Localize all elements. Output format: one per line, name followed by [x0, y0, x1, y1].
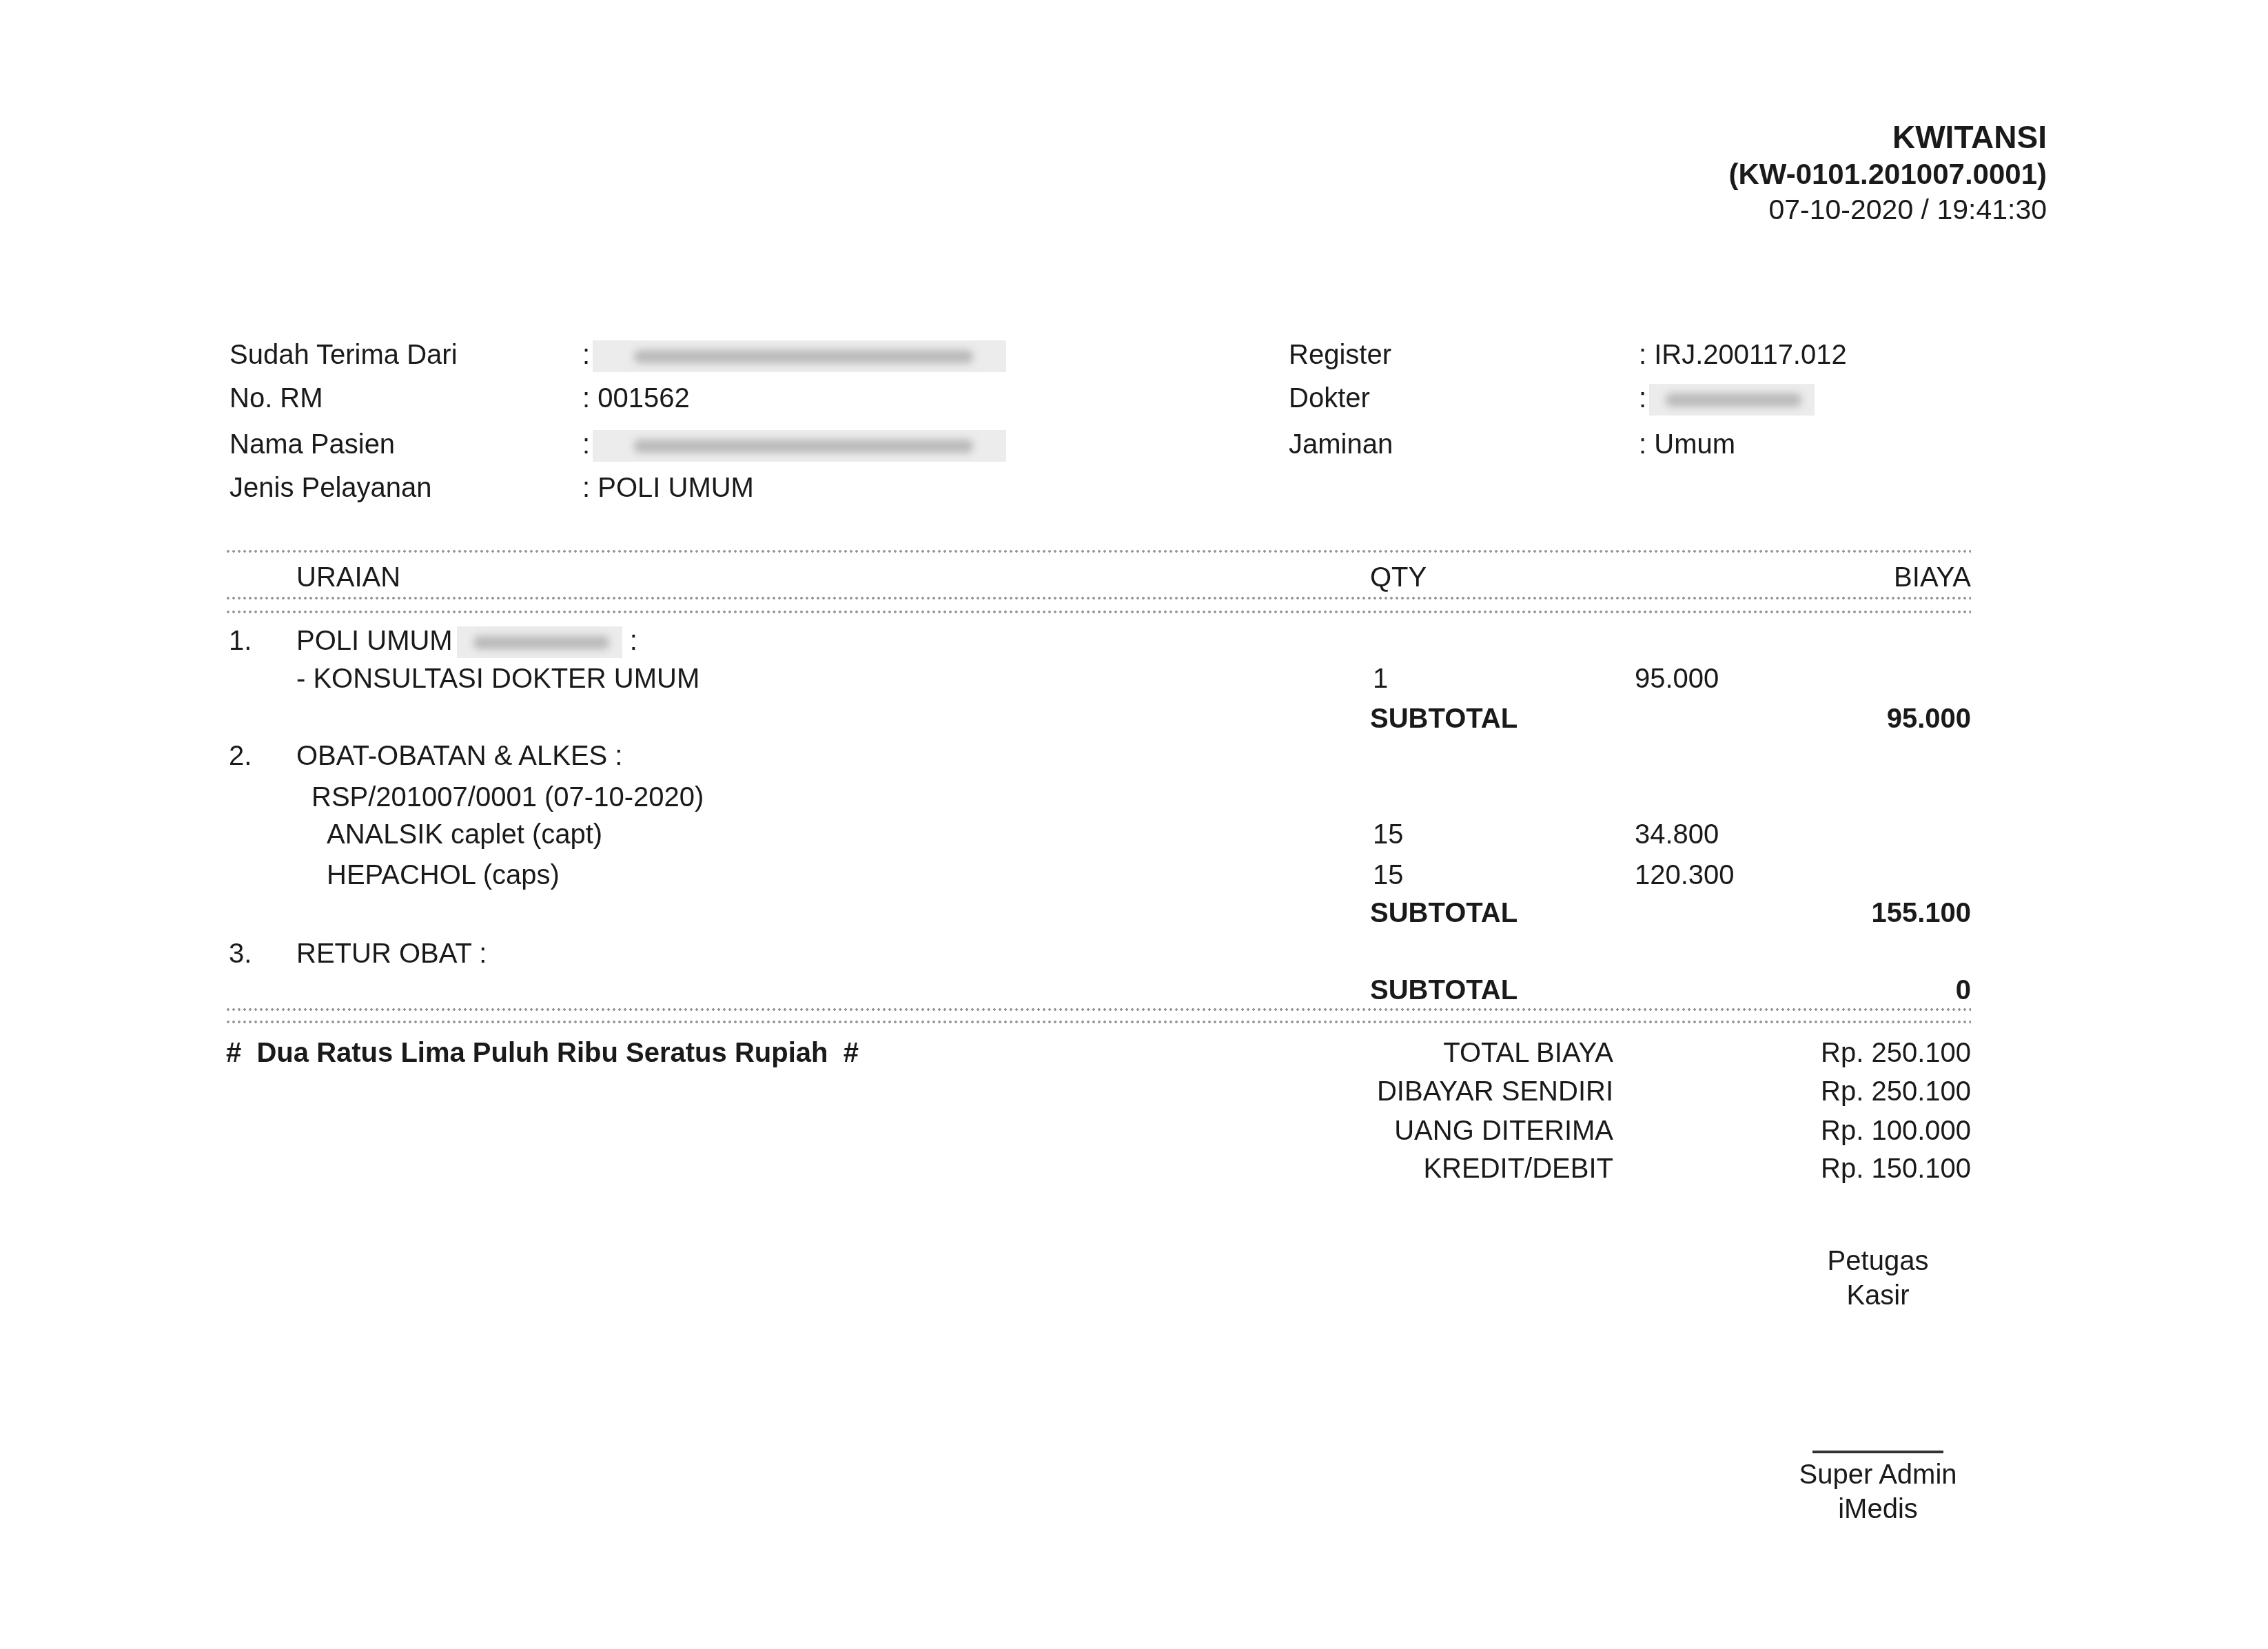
rm-number: 001562	[597, 383, 689, 413]
info-value: : IRJ.200117.012	[1639, 340, 1847, 370]
summary-value: Rp. 250.100	[1821, 1076, 1971, 1107]
subtotal-value: 155.100	[1871, 898, 1971, 928]
info-value: : 001562	[582, 383, 690, 413]
service-type: POLI UMUM	[597, 473, 754, 503]
info-value: : Umum	[1639, 429, 1735, 460]
subtotal-value: 0	[1956, 975, 1971, 1005]
column-header-qty: QTY	[1370, 562, 1427, 593]
section-title: RETUR OBAT :	[296, 939, 487, 969]
item-price: 34.800	[1635, 819, 1719, 850]
separator-dotted	[225, 550, 1971, 553]
colon: :	[1639, 340, 1646, 370]
item-description: HEPACHOL (caps)	[327, 860, 560, 890]
info-value: :	[1639, 383, 1815, 416]
register-number: IRJ.200117.012	[1654, 340, 1846, 370]
info-value: :	[582, 340, 1006, 372]
colon: :	[582, 429, 590, 460]
info-label: No. RM	[229, 383, 323, 413]
summary-value: Rp. 250.100	[1821, 1038, 1971, 1068]
redacted-value	[593, 340, 1006, 372]
info-value: : POLI UMUM	[582, 473, 754, 503]
signature-org: iMedis	[1792, 1494, 1964, 1524]
colon: :	[630, 626, 637, 656]
signature-role-line2: Kasir	[1809, 1280, 1947, 1311]
item-price: 120.300	[1635, 860, 1735, 890]
section-number: 1.	[229, 626, 252, 656]
signature-role-line1: Petugas	[1809, 1246, 1947, 1276]
summary-value: Rp. 150.100	[1821, 1154, 1971, 1184]
info-value: :	[582, 429, 1006, 462]
subtotal-label: SUBTOTAL	[1370, 704, 1518, 734]
colon: :	[1639, 429, 1646, 460]
column-header-uraian: URAIAN	[296, 562, 400, 593]
separator-dotted	[225, 611, 1971, 613]
info-label: Register	[1289, 340, 1391, 370]
summary-label: KREDIT/DEBIT	[1423, 1154, 1613, 1184]
colon: :	[582, 383, 590, 413]
summary-label: UANG DITERIMA	[1394, 1116, 1613, 1146]
separator-dotted	[225, 1021, 1971, 1023]
summary-label: DIBAYAR SENDIRI	[1377, 1076, 1613, 1107]
summary-label: TOTAL BIAYA	[1443, 1038, 1613, 1068]
colon: :	[582, 473, 590, 503]
item-qty: 15	[1373, 819, 1404, 850]
section-number: 3.	[229, 939, 252, 969]
section-title: POLI UMUM :	[296, 626, 637, 658]
section-number: 2.	[229, 741, 252, 771]
info-label: Nama Pasien	[229, 429, 395, 460]
info-label: Dokter	[1289, 383, 1370, 413]
signature-line	[1812, 1451, 1943, 1453]
receipt-datetime: 07-10-2020 / 19:41:30	[1769, 196, 2047, 224]
item-description: - KONSULTASI DOKTER UMUM	[296, 664, 699, 694]
info-label: Jaminan	[1289, 429, 1393, 460]
item-price: 95.000	[1635, 664, 1719, 694]
subtotal-value: 95.000	[1887, 704, 1971, 734]
summary-value: Rp. 100.000	[1821, 1116, 1971, 1146]
amount-in-words: # Dua Ratus Lima Puluh Ribu Seratus Rupi…	[226, 1038, 859, 1068]
item-qty: 15	[1373, 860, 1404, 890]
item-qty: 1	[1373, 664, 1388, 694]
separator-dotted	[225, 597, 1971, 600]
info-label: Sudah Terima Dari	[229, 340, 458, 370]
redacted-value	[593, 430, 1006, 462]
colon: :	[582, 340, 590, 370]
separator-dotted	[225, 1008, 1971, 1011]
receipt-number: (KW-0101.201007.0001)	[1729, 160, 2047, 189]
section-title: OBAT-OBATAN & ALKES :	[296, 741, 622, 771]
prescription-reference: RSP/201007/0001 (07-10-2020)	[311, 782, 704, 812]
receipt-title: KWITANSI	[1892, 121, 2047, 153]
colon: :	[1639, 383, 1646, 413]
insurance-type: Umum	[1654, 429, 1735, 460]
item-description: ANALSIK caplet (capt)	[327, 819, 602, 850]
subtotal-label: SUBTOTAL	[1370, 975, 1518, 1005]
section-title-text: POLI UMUM	[296, 626, 453, 656]
column-header-biaya: BIAYA	[1894, 562, 1971, 593]
info-label: Jenis Pelayanan	[229, 473, 432, 503]
subtotal-label: SUBTOTAL	[1370, 898, 1518, 928]
redacted-doctor	[457, 626, 622, 658]
redacted-value	[1649, 384, 1815, 416]
signature-name: Super Admin	[1792, 1459, 1964, 1490]
